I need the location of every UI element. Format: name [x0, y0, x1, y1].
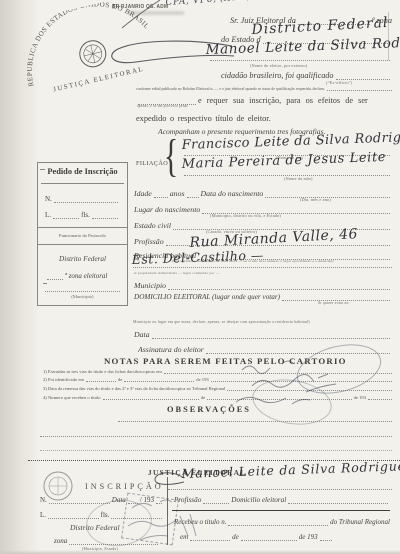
pedido-zona-line: ª zona eleitoral	[45, 272, 122, 280]
pedido-rule	[41, 183, 124, 184]
nota-2-ano: de 193	[196, 377, 208, 382]
profissao-label: Profissão	[134, 237, 164, 246]
nome-line	[208, 59, 392, 61]
n-label: N.	[45, 195, 52, 203]
dotted-blank	[210, 59, 390, 61]
stub-name-flourish	[152, 470, 186, 488]
domicilio-line: DOMICILIO ELEITORAL (lugar onde quer vot…	[134, 293, 392, 301]
nota-4-de: de	[201, 395, 205, 400]
dotted-blank	[86, 380, 116, 382]
expedido-text: expedido o respectivo título de eleitor.	[136, 114, 271, 123]
residencia-caption-2: si propriedade domiciliaria — lugar conh…	[134, 271, 220, 275]
pedido-distrito: Distrito Federal	[38, 255, 127, 263]
dotted-blank	[133, 267, 392, 268]
domicilio-caption-2: Municipio ou lugar em que mora, declare,…	[133, 320, 310, 324]
pedido-n-line: N.	[45, 195, 120, 203]
data-line: Data	[134, 330, 392, 339]
pedido-rule	[38, 227, 127, 228]
edital-text: conforme edital publicado no Boletim Ele…	[136, 87, 325, 91]
coat-of-arms-icon	[77, 38, 108, 69]
requer-caption: apenas, e só em processo penal	[137, 104, 188, 108]
data-label: Data	[134, 330, 150, 339]
dotted-blank	[241, 539, 297, 541]
municipio-label: Municipio	[134, 281, 166, 290]
nota-2-de: de	[118, 377, 122, 382]
edital-line: conforme edital publicado no Boletim Ele…	[136, 87, 394, 91]
filiacao-brace: {	[164, 133, 178, 179]
nota-4-text: 4) Numero que recebeu o titulo	[43, 395, 101, 400]
municipio-line: Municipio	[134, 281, 392, 290]
fls-label: fls.	[81, 211, 90, 219]
dotted-blank	[320, 539, 332, 541]
stub-n-label: N.	[40, 496, 47, 504]
dotted-blank	[47, 278, 63, 280]
qualificado-line: cidadão brasileiro, foi qualificado	[221, 71, 392, 80]
exofficio-caption: (“Ex-officio”)	[326, 80, 352, 85]
pedido-title: Pedido de Inscrição	[38, 167, 127, 176]
dotted-blank	[45, 291, 120, 292]
dotted-blank	[152, 337, 390, 339]
stub-de-label: de	[232, 533, 239, 541]
pedido-box: Pedido de Inscrição N. L. fls. Funcionar…	[37, 162, 128, 306]
dotted-blank	[228, 524, 328, 526]
idade-label: Idade	[134, 189, 152, 198]
estado-civil-label: Estado civil	[134, 221, 171, 230]
anos-label: anos	[170, 189, 185, 198]
qualificado-label: cidadão brasileiro, foi qualificado	[221, 71, 334, 80]
dotted-blank	[40, 436, 392, 437]
scanned-voter-registration-form: BR RJANRIO QS. ADM CPA, VF6, (XT-2, V.3,…	[0, 0, 400, 554]
nota-2-text: 2) Foi identificado em	[43, 377, 84, 382]
dotted-blank	[288, 502, 388, 504]
observacoes-title: OBSERVAÇÕES	[104, 405, 314, 414]
stub-zona-label: zona	[54, 537, 67, 545]
domicilio-label: DOMICILIO ELEITORAL (lugar onde quer vot…	[134, 293, 280, 301]
mae-caption: (Nome da mãe)	[284, 176, 313, 181]
archive-note: CPA, VF6, (XT-2, V.3, P.28	[165, 0, 297, 8]
dotted-blank	[92, 217, 118, 219]
dotted-blank	[103, 398, 199, 400]
assinatura-label: Assinatura do eleitor	[138, 345, 204, 354]
stub-tribunal-label: do Tribunal Regional	[330, 518, 390, 526]
data-nascimento-label: Data do nascimento	[201, 189, 264, 198]
pedido-rule	[38, 244, 127, 245]
nascimento-caption: (Dia, mês e ano)	[300, 197, 331, 202]
stub-l-label: L.	[40, 511, 46, 519]
lugar-caption: (Municipio, distrito ou vila, e Estado)	[210, 213, 281, 218]
zona-eleitoral-label: ª zona eleitoral	[65, 272, 107, 280]
nota-3-text: 3) Data da remessa das vias do titulo e …	[43, 386, 225, 391]
dotted-blank	[124, 380, 194, 382]
stub-domicilio-label: Domicilio eleitoral	[231, 496, 286, 504]
dotted-blank	[327, 89, 392, 91]
residencia-handwritten-2: Est. Del-Castilho —	[131, 247, 264, 267]
domicilio-caption: Si quizer votar no	[318, 301, 349, 305]
requer-text: e requer sua inscrição, para os efeitos …	[198, 96, 368, 105]
dotted-blank	[154, 196, 168, 198]
dotted-blank	[168, 288, 390, 290]
stub-nome-handwritten: Manoel Leite da Silva Rodrigues	[181, 458, 400, 481]
dotted-blank	[54, 201, 118, 203]
stub-stamp-scribbles	[110, 492, 230, 552]
l-label: L.	[45, 211, 51, 219]
dotted-blank	[187, 196, 199, 198]
protocolo-label: Funcionario do Protocolo	[38, 233, 127, 238]
idade-line: Idade anos Data do nascimento	[134, 189, 392, 198]
lugar-label: Lugar do nascimento	[134, 205, 200, 214]
pedido-municipio-caption: (Municipio)	[38, 294, 127, 299]
dotted-blank	[53, 217, 79, 219]
nome-caption: (Nome do eleitor, por extenso)	[250, 63, 307, 68]
dotted-blank	[168, 489, 392, 490]
pedido-l-line: L. fls.	[45, 211, 120, 219]
corner-pen-stroke	[118, 0, 168, 30]
dotted-blank	[118, 421, 392, 422]
dotted-blank	[40, 450, 392, 451]
nota-1-text: 1) Extraidas as tres vias do titulo e da…	[43, 369, 162, 374]
stub-de-ano-label: de 193	[299, 533, 318, 541]
